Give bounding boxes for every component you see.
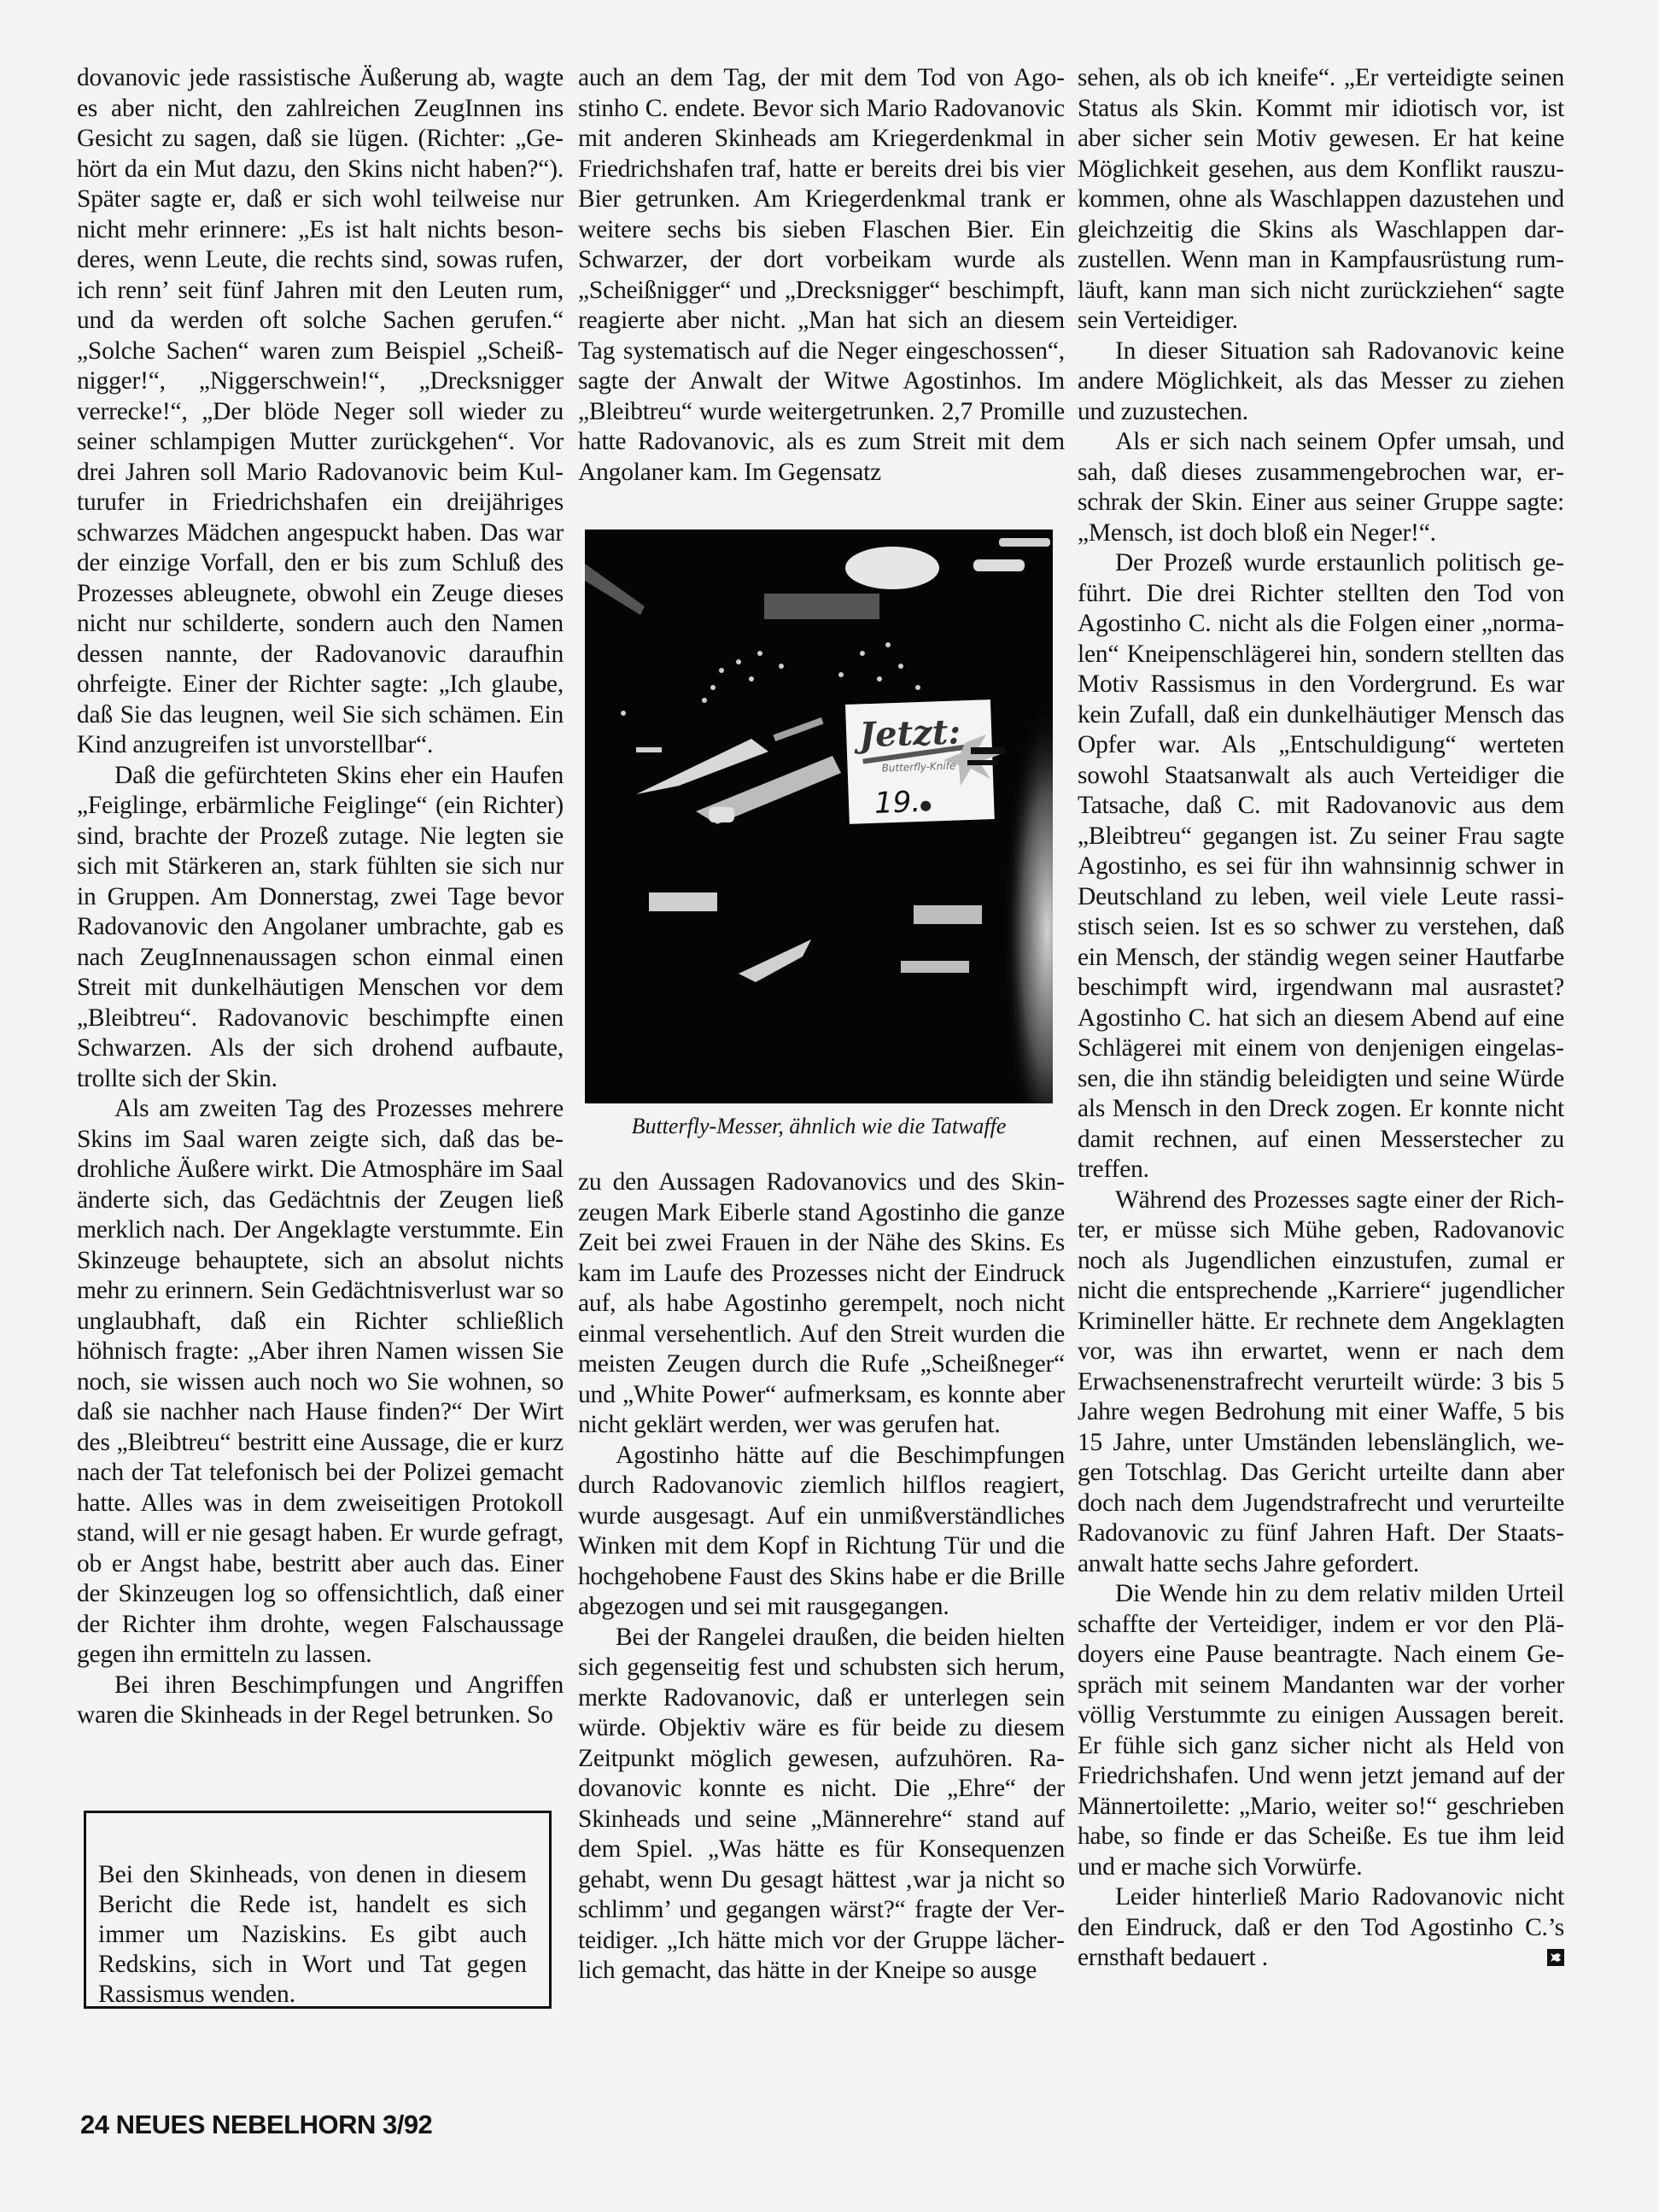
paragraph: Der Prozeß wurde erstaunlich politisch g…: [1078, 548, 1564, 1185]
paragraph: Als er sich nach seinem Opfer umsah, und…: [1078, 427, 1564, 548]
article-column-1: dovanovic jede rassistische Äußerung ab,…: [77, 63, 564, 1731]
photo-caption: Butterfly-Messer, ähnlich wie die Tatwaf…: [585, 1113, 1053, 1140]
knife-display-image: Jetzt: Butterfly-Knife 19.: [585, 530, 1053, 1103]
skinheads-note-box: Bei den Skinheads, von denen in diesem B…: [84, 1811, 552, 2009]
paragraph: Die Wende hin zu dem relativ milden Urte…: [1078, 1579, 1564, 1882]
footer-page-publication-issue: 24 NEUES NEBELHORN 3/92: [80, 2110, 432, 2139]
paragraph: Daß die gefürchteten Skins eher ein Hauf…: [77, 761, 564, 1095]
paragraph: In dieser Situation sah Radovanovic kein…: [1078, 336, 1564, 428]
paragraph: Als am zweiten Tag des Prozesses mehrere…: [77, 1094, 564, 1671]
svg-text:19.: 19.: [873, 785, 920, 821]
article-column-2-lower: zu den Aussagen Radovanovics und des Ski…: [578, 1167, 1065, 1987]
end-of-article-mark-icon: [1547, 1949, 1564, 1966]
article-column-2-upper: auch an dem Tag, der mit dem Tod von Ago…: [578, 63, 1065, 488]
paragraph: Agostinho hätte auf die Beschimpfungen d…: [578, 1441, 1065, 1623]
paragraph: Während des Prozesses sagte einer der Ri…: [1078, 1185, 1564, 1580]
final-paragraph: Leider hinterließ Mario Radovanovic nich…: [1078, 1882, 1564, 1974]
article-column-3: sehen, als ob ich kneife“. „Er verteidig…: [1078, 63, 1564, 1974]
paragraph: Bei der Rangelei draußen, die beiden hie…: [578, 1623, 1065, 1987]
paragraph-text: Leider hinterließ Mario Radovanovic nich…: [1078, 1883, 1564, 1971]
paragraph: zu den Aussagen Radovanovics und des Ski…: [578, 1167, 1065, 1441]
butterfly-knife-photo: Jetzt: Butterfly-Knife 19.: [585, 530, 1053, 1103]
paragraph: sehen, als ob ich kneife“. „Er verteidig…: [1078, 63, 1564, 336]
paragraph: auch an dem Tag, der mit dem Tod von Ago…: [578, 63, 1065, 488]
note-text: Bei den Skinheads, von denen in diesem B…: [98, 1861, 527, 2008]
paragraph: dovanovic jede rassistische Äußerung ab,…: [77, 63, 564, 761]
paragraph: Bei ihren Beschimpfungen und Angriffen w…: [77, 1671, 564, 1731]
page-footer: 24 NEUES NEBELHORN 3/92: [80, 2110, 432, 2140]
